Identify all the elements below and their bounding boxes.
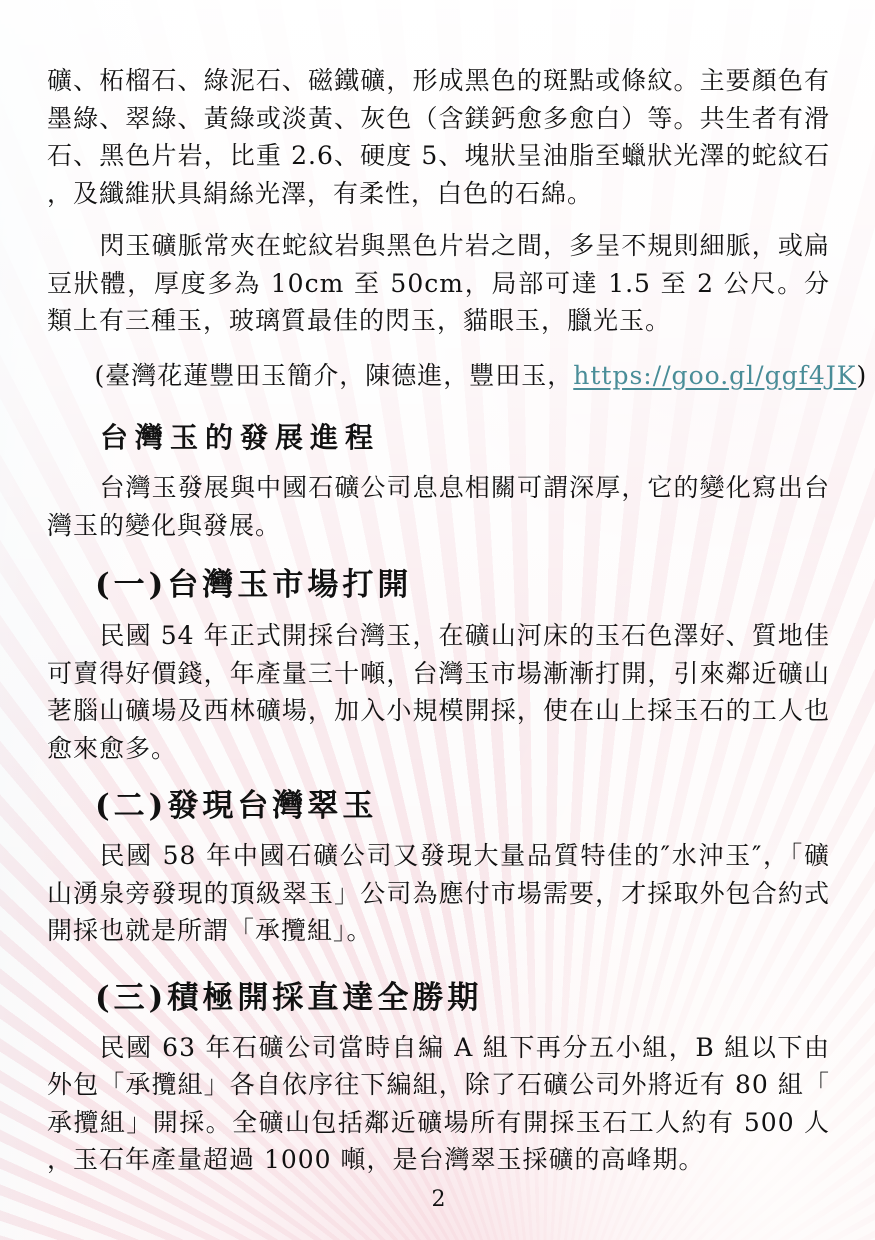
- paragraph-section-2: 民國 58 年中國石礦公司又發現大量品質特佳的″水沖玉″，「礦山湧泉旁發現的頂級…: [47, 837, 830, 950]
- paragraph-development-intro: 台灣玉發展與中國石礦公司息息相關可謂深厚，它的變化寫出台灣玉的變化與發展。: [47, 469, 830, 544]
- citation-hyperlink[interactable]: https://goo.gl/ggf4JK: [573, 361, 856, 390]
- heading-section-3-peak-mining: (三)積極開採直達全勝期: [47, 976, 830, 1020]
- heading-development-progress: 台灣玉的發展進程: [47, 418, 830, 458]
- paragraph-minerals: 礦、柘榴石、綠泥石、磁鐵礦，形成黑色的斑點或條紋。主要顏色有墨綠、翠綠、黃綠或淡…: [47, 62, 830, 212]
- page-number: 2: [47, 1187, 830, 1213]
- citation-line: (臺灣花蓮豐田玉簡介，陳德進，豐田玉，https://goo.gl/ggf4JK…: [47, 357, 830, 395]
- heading-section-2-discovery: (二)發現台灣翠玉: [47, 784, 830, 828]
- paragraph-section-1: 民國 54 年正式開採台灣玉，在礦山河床的玉石色澤好、質地佳可賣得好價錢，年產量…: [47, 617, 830, 767]
- document-page: 礦、柘榴石、綠泥石、磁鐵礦，形成黑色的斑點或條紋。主要顏色有墨綠、翠綠、黃綠或淡…: [0, 0, 875, 1240]
- citation-suffix: ): [856, 361, 867, 390]
- heading-section-1-market-opening: (一)台灣玉市場打開: [47, 563, 830, 607]
- paragraph-section-3: 民國 63 年石礦公司當時自編 A 組下再分五小組，B 組以下由外包「承攬組」各…: [47, 1029, 830, 1179]
- paragraph-jade-veins: 閃玉礦脈常夾在蛇紋岩與黑色片岩之間，多呈不規則細脈，或扁豆狀體，厚度多為 10c…: [47, 227, 830, 340]
- citation-prefix: (臺灣花蓮豐田玉簡介，陳德進，豐田玉，: [95, 361, 574, 390]
